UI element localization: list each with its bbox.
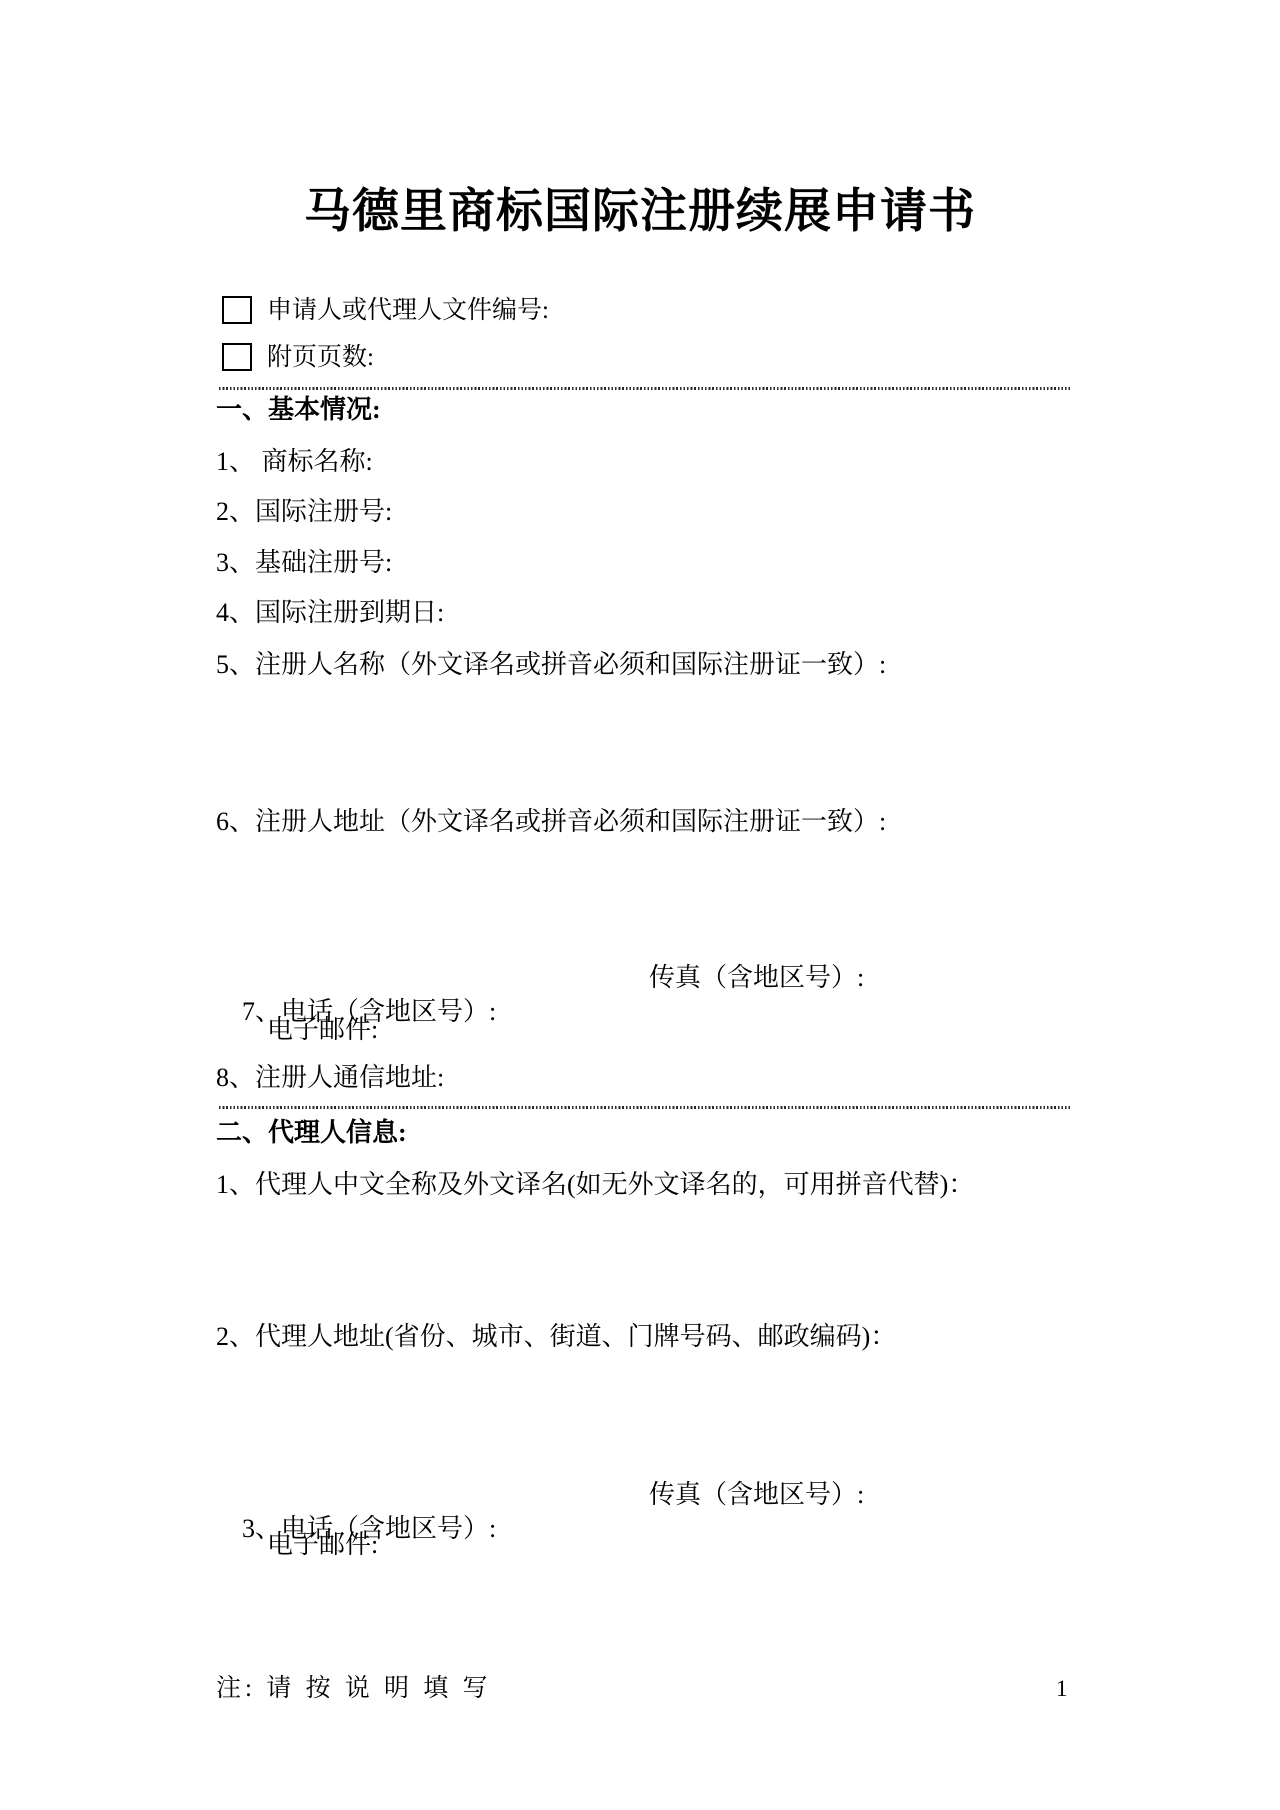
field-agent-name: 1、代理人中文全称及外文译名(如无外文译名的，可用拼音代替)： [216, 1168, 974, 1202]
footer-note: 注: 请 按 说 明 填 写 [216, 1672, 491, 1706]
section-agent-heading: 二、代理人信息: [216, 1116, 407, 1150]
field-fax-basic: 传真（含地区号）: [649, 961, 864, 995]
attachment-pages-label: 附页页数: [267, 342, 374, 374]
field-fax-agent: 传真（含地区号）: [649, 1478, 864, 1512]
field-registrant-address: 6、注册人地址（外文译名或拼音必须和国际注册证一致）: [216, 805, 886, 839]
field-email-agent: 电子邮件: [267, 1528, 378, 1562]
document-page: 马德里商标国际注册续展申请书 申请人或代理人文件编号: 附页页数: 一、基本情况… [0, 0, 1280, 1810]
field-intl-reg-expiry: 4、国际注册到期日: [216, 596, 444, 630]
field-trademark-name: 1、 商标名称: [216, 445, 373, 479]
field-registrant-name: 5、注册人名称（外文译名或拼音必须和国际注册证一致）: [216, 648, 886, 682]
page-title: 马德里商标国际注册续展申请书 [0, 184, 1280, 240]
field-agent-address: 2、代理人地址(省份、城市、街道、门牌号码、邮政编码)： [216, 1320, 896, 1354]
field-basic-reg-number: 3、基础注册号: [216, 546, 392, 580]
attachment-pages-checkbox[interactable] [222, 343, 252, 371]
file-number-checkbox[interactable] [222, 296, 252, 324]
dotted-separator-top [219, 387, 1070, 390]
file-number-label: 申请人或代理人文件编号: [267, 295, 549, 327]
field-intl-reg-number: 2、国际注册号: [216, 495, 392, 529]
field-postal-address: 8、注册人通信地址: [216, 1061, 444, 1095]
page-number: 1 [1056, 1674, 1068, 1704]
section-basic-heading: 一、基本情况: [216, 393, 381, 427]
dotted-separator-middle [219, 1106, 1070, 1109]
field-email-basic: 电子邮件: [267, 1013, 378, 1047]
